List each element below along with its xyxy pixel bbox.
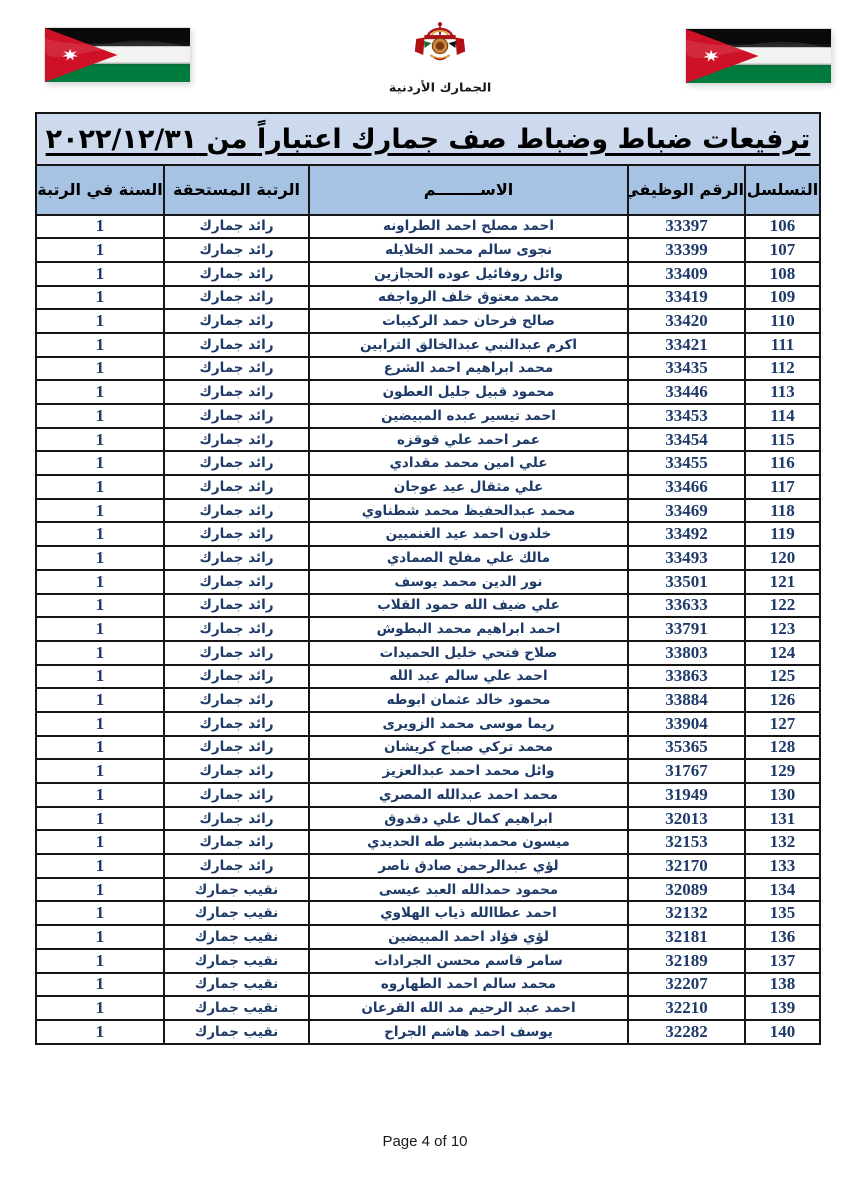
table-body: 10633397احمد مصلح احمد الطراونهرائد جمار… [36,215,820,1044]
serial-cell: 110 [745,309,820,333]
years-cell: 1 [36,783,164,807]
name-cell: يوسف احمد هاشم الجراح [309,1020,628,1044]
name-cell: لؤي عبدالرحمن صادق ناصر [309,854,628,878]
serial-cell: 132 [745,830,820,854]
years-cell: 1 [36,404,164,428]
name-cell: محمد عبدالحفيظ محمد شطناوي [309,499,628,523]
serial-cell: 121 [745,570,820,594]
employee-no-cell: 33863 [628,665,745,689]
employee-no-cell: 33469 [628,499,745,523]
rank-cell: رائد جمارك [164,286,309,310]
years-cell: 1 [36,570,164,594]
rank-cell: رائد جمارك [164,499,309,523]
serial-cell: 106 [745,215,820,239]
years-cell: 1 [36,925,164,949]
rank-cell: نقيب جمارك [164,901,309,925]
table-row: 12033493مالك علي مفلح الصماديرائد جمارك1 [36,546,820,570]
name-cell: اكرم عبدالنبي عبدالخالق الترابين [309,333,628,357]
rank-cell: رائد جمارك [164,475,309,499]
serial-cell: 131 [745,807,820,831]
rank-cell: نقيب جمارك [164,996,309,1020]
table-row: 11733466علي مثقال عيد عوجانرائد جمارك1 [36,475,820,499]
employee-no-cell: 33421 [628,333,745,357]
serial-cell: 108 [745,262,820,286]
serial-cell: 126 [745,688,820,712]
employee-no-cell: 33435 [628,357,745,381]
table-row: 11133421اكرم عبدالنبي عبدالخالق الترابين… [36,333,820,357]
years-cell: 1 [36,641,164,665]
rank-cell: نقيب جمارك [164,949,309,973]
name-cell: محمد احمد عبدالله المصري [309,783,628,807]
table-row: 10833409وائل روفائيل عوده الحجازينرائد ج… [36,262,820,286]
serial-cell: 129 [745,759,820,783]
rank-cell: رائد جمارك [164,309,309,333]
promotion-document: ترفيعات ضباط وضباط صف جمارك اعتباراً من … [35,112,821,1045]
serial-cell: 127 [745,712,820,736]
document-page: الجمارك الأردنية ترفيعات ضباط وضباط صف ج… [0,0,850,1192]
serial-cell: 109 [745,286,820,310]
serial-cell: 138 [745,973,820,997]
employee-no-cell: 32132 [628,901,745,925]
employee-no-cell: 33419 [628,286,745,310]
name-cell: محمد سالم احمد الطهاروه [309,973,628,997]
table-row: 12133501نور الدين محمد يوسفرائد جمارك1 [36,570,820,594]
name-cell: احمد عطاالله ذياب الهلاوي [309,901,628,925]
years-cell: 1 [36,736,164,760]
years-cell: 1 [36,475,164,499]
years-cell: 1 [36,309,164,333]
employee-no-cell: 33466 [628,475,745,499]
table-row: 12931767وائل محمد احمد عبدالعزيزرائد جما… [36,759,820,783]
employee-no-cell: 33409 [628,262,745,286]
jordan-flag-icon [686,29,831,83]
rank-cell: رائد جمارك [164,333,309,357]
employee-no-cell: 33397 [628,215,745,239]
name-cell: محمود حمدالله العبد عيسى [309,878,628,902]
promotions-table: التسلسل الرقم الوظيفي الاســــــــم الرت… [35,164,821,1045]
name-cell: لؤي فؤاد احمد المبيضين [309,925,628,949]
name-cell: ريما موسى محمد الزويرى [309,712,628,736]
rank-cell: نقيب جمارك [164,878,309,902]
name-cell: احمد ابراهيم محمد البطوش [309,617,628,641]
rank-cell: رائد جمارك [164,570,309,594]
rank-cell: رائد جمارك [164,617,309,641]
serial-cell: 136 [745,925,820,949]
name-cell: ميسون محمدبشير طه الحديدي [309,830,628,854]
emblem-calligraphy: الجمارك الأردنية [352,82,528,96]
name-cell: محمود خالد عثمان ابوطه [309,688,628,712]
years-cell: 1 [36,428,164,452]
name-cell: سامر قاسم محسن الجرادات [309,949,628,973]
years-cell: 1 [36,238,164,262]
employee-no-cell: 32210 [628,996,745,1020]
rank-cell: رائد جمارك [164,357,309,381]
serial-cell: 128 [745,736,820,760]
employee-no-cell: 32170 [628,854,745,878]
table-row: 11333446محمود قبيل جليل العطونرائد جمارك… [36,380,820,404]
rank-cell: رائد جمارك [164,522,309,546]
rank-cell: رائد جمارك [164,712,309,736]
years-cell: 1 [36,665,164,689]
jordan-coat-of-arms-icon [388,20,492,76]
table-row: 11633455علي امين محمد مقداديرائد جمارك1 [36,451,820,475]
name-cell: مالك علي مفلح الصمادي [309,546,628,570]
employee-no-cell: 31949 [628,783,745,807]
years-cell: 1 [36,286,164,310]
name-cell: محمد معتوق خلف الرواجفه [309,286,628,310]
column-header-serial: التسلسل [745,165,820,215]
years-cell: 1 [36,996,164,1020]
name-cell: خلدون احمد عيد الغنميين [309,522,628,546]
years-cell: 1 [36,1020,164,1044]
serial-cell: 137 [745,949,820,973]
serial-cell: 112 [745,357,820,381]
serial-cell: 119 [745,522,820,546]
serial-cell: 111 [745,333,820,357]
rank-cell: رائد جمارك [164,404,309,428]
name-cell: نجوى سالم محمد الخلايله [309,238,628,262]
table-row: 13832207محمد سالم احمد الطهاروهنقيب جمار… [36,973,820,997]
employee-no-cell: 33399 [628,238,745,262]
serial-cell: 117 [745,475,820,499]
name-cell: ابراهيم كمال علي دقدوق [309,807,628,831]
years-cell: 1 [36,333,164,357]
rank-cell: نقيب جمارك [164,1020,309,1044]
name-cell: محمود قبيل جليل العطون [309,380,628,404]
serial-cell: 116 [745,451,820,475]
rank-cell: رائد جمارك [164,238,309,262]
rank-cell: رائد جمارك [164,665,309,689]
serial-cell: 114 [745,404,820,428]
years-cell: 1 [36,522,164,546]
table-row: 11433453احمد تيسير عبده المبيضينرائد جما… [36,404,820,428]
table-row: 13031949محمد احمد عبدالله المصريرائد جما… [36,783,820,807]
table-row: 11833469محمد عبدالحفيظ محمد شطناويرائد ج… [36,499,820,523]
table-row: 14032282يوسف احمد هاشم الجراحنقيب جمارك1 [36,1020,820,1044]
name-cell: وائل محمد احمد عبدالعزيز [309,759,628,783]
years-cell: 1 [36,594,164,618]
employee-no-cell: 33492 [628,522,745,546]
years-cell: 1 [36,215,164,239]
name-cell: صالح فرحان حمد الركيبات [309,309,628,333]
rank-cell: رائد جمارك [164,759,309,783]
years-cell: 1 [36,451,164,475]
column-header-years: السنة في الرتبة [36,165,164,215]
name-cell: احمد عبد الرحيم مد الله القرعان [309,996,628,1020]
name-cell: محمد ابراهيم احمد الشرع [309,357,628,381]
years-cell: 1 [36,262,164,286]
employee-no-cell: 33791 [628,617,745,641]
employee-no-cell: 33420 [628,309,745,333]
table-row: 12835365محمد تركي صباح كريشانرائد جمارك1 [36,736,820,760]
table-row: 12333791احمد ابراهيم محمد البطوشرائد جما… [36,617,820,641]
rank-cell: رائد جمارك [164,783,309,807]
table-header-row: التسلسل الرقم الوظيفي الاســــــــم الرت… [36,165,820,215]
years-cell: 1 [36,854,164,878]
years-cell: 1 [36,357,164,381]
table-row: 12233633علي ضيف الله حمود القلابرائد جما… [36,594,820,618]
employee-no-cell: 32207 [628,973,745,997]
rank-cell: رائد جمارك [164,736,309,760]
name-cell: محمد تركي صباح كريشان [309,736,628,760]
serial-cell: 123 [745,617,820,641]
serial-cell: 134 [745,878,820,902]
table-row: 11933492خلدون احمد عيد الغنميينرائد جمار… [36,522,820,546]
table-row: 13132013ابراهيم كمال علي دقدوقرائد جمارك… [36,807,820,831]
years-cell: 1 [36,807,164,831]
serial-cell: 107 [745,238,820,262]
table-row: 11033420صالح فرحان حمد الركيباترائد جمار… [36,309,820,333]
name-cell: علي ضيف الله حمود القلاب [309,594,628,618]
serial-cell: 133 [745,854,820,878]
serial-cell: 115 [745,428,820,452]
rank-cell: رائد جمارك [164,594,309,618]
table-row: 13432089محمود حمدالله العبد عيسىنقيب جما… [36,878,820,902]
employee-no-cell: 33453 [628,404,745,428]
rank-cell: رائد جمارك [164,830,309,854]
years-cell: 1 [36,688,164,712]
table-row: 13332170لؤي عبدالرحمن صادق ناصررائد جمار… [36,854,820,878]
serial-cell: 130 [745,783,820,807]
employee-no-cell: 32181 [628,925,745,949]
rank-cell: رائد جمارك [164,428,309,452]
table-row: 10733399نجوى سالم محمد الخلايلهرائد جمار… [36,238,820,262]
rank-cell: رائد جمارك [164,380,309,404]
years-cell: 1 [36,712,164,736]
table-row: 13932210احمد عبد الرحيم مد الله القرعانن… [36,996,820,1020]
employee-no-cell: 32089 [628,878,745,902]
employee-no-cell: 32189 [628,949,745,973]
rank-cell: رائد جمارك [164,215,309,239]
table-row: 12533863احمد علي سالم عبد اللهرائد جمارك… [36,665,820,689]
table-row: 13632181لؤي فؤاد احمد المبيضيننقيب جمارك… [36,925,820,949]
serial-cell: 118 [745,499,820,523]
employee-no-cell: 33455 [628,451,745,475]
years-cell: 1 [36,949,164,973]
table-row: 10933419محمد معتوق خلف الرواجفهرائد جمار… [36,286,820,310]
employee-no-cell: 33633 [628,594,745,618]
employee-no-cell: 33501 [628,570,745,594]
name-cell: عمر احمد علي قوقزه [309,428,628,452]
page-number-label: Page 4 of 10 [0,1133,850,1150]
serial-cell: 122 [745,594,820,618]
serial-cell: 113 [745,380,820,404]
rank-cell: رائد جمارك [164,262,309,286]
serial-cell: 140 [745,1020,820,1044]
employee-no-cell: 32282 [628,1020,745,1044]
column-header-employee-no: الرقم الوظيفي [628,165,745,215]
years-cell: 1 [36,499,164,523]
employee-no-cell: 33803 [628,641,745,665]
employee-no-cell: 33446 [628,380,745,404]
name-cell: علي مثقال عيد عوجان [309,475,628,499]
rank-cell: رائد جمارك [164,546,309,570]
royal-emblem: الجمارك الأردنية [352,20,528,96]
years-cell: 1 [36,901,164,925]
name-cell: وائل روفائيل عوده الحجازين [309,262,628,286]
years-cell: 1 [36,878,164,902]
serial-cell: 135 [745,901,820,925]
employee-no-cell: 33904 [628,712,745,736]
column-header-name: الاســــــــم [309,165,628,215]
serial-cell: 120 [745,546,820,570]
document-title-bar: ترفيعات ضباط وضباط صف جمارك اعتباراً من … [35,112,821,166]
jordan-flag-right-image [686,29,831,83]
rank-cell: رائد جمارك [164,807,309,831]
name-cell: علي امين محمد مقدادي [309,451,628,475]
serial-cell: 124 [745,641,820,665]
rank-cell: نقيب جمارك [164,973,309,997]
name-cell: صلاح فتحي خليل الحميدات [309,641,628,665]
rank-cell: نقيب جمارك [164,925,309,949]
jordan-flag-icon [45,28,190,82]
table-row: 12433803صلاح فتحي خليل الحميداترائد جمار… [36,641,820,665]
years-cell: 1 [36,617,164,641]
employee-no-cell: 32153 [628,830,745,854]
name-cell: احمد علي سالم عبد الله [309,665,628,689]
table-row: 13232153ميسون محمدبشير طه الحديديرائد جم… [36,830,820,854]
employee-no-cell: 33884 [628,688,745,712]
rank-cell: رائد جمارك [164,451,309,475]
name-cell: نور الدين محمد يوسف [309,570,628,594]
rank-cell: رائد جمارك [164,641,309,665]
serial-cell: 139 [745,996,820,1020]
jordan-flag-left-image [45,28,190,82]
years-cell: 1 [36,973,164,997]
table-row: 12633884محمود خالد عثمان ابوطهرائد جمارك… [36,688,820,712]
employee-no-cell: 33493 [628,546,745,570]
name-cell: احمد مصلح احمد الطراونه [309,215,628,239]
table-row: 12733904ريما موسى محمد الزويرىرائد جمارك… [36,712,820,736]
table-row: 11233435محمد ابراهيم احمد الشرعرائد جمار… [36,357,820,381]
employee-no-cell: 32013 [628,807,745,831]
rank-cell: رائد جمارك [164,688,309,712]
years-cell: 1 [36,380,164,404]
table-row: 10633397احمد مصلح احمد الطراونهرائد جمار… [36,215,820,239]
page-title: ترفيعات ضباط وضباط صف جمارك اعتباراً من … [46,124,811,155]
years-cell: 1 [36,759,164,783]
column-header-rank: الرتبة المستحقة [164,165,309,215]
employee-no-cell: 35365 [628,736,745,760]
name-cell: احمد تيسير عبده المبيضين [309,404,628,428]
table-row: 13732189سامر قاسم محسن الجراداتنقيب جمار… [36,949,820,973]
table-row: 11533454عمر احمد علي قوقزهرائد جمارك1 [36,428,820,452]
rank-cell: رائد جمارك [164,854,309,878]
years-cell: 1 [36,830,164,854]
table-row: 13532132احمد عطاالله ذياب الهلاوينقيب جم… [36,901,820,925]
years-cell: 1 [36,546,164,570]
employee-no-cell: 33454 [628,428,745,452]
serial-cell: 125 [745,665,820,689]
employee-no-cell: 31767 [628,759,745,783]
